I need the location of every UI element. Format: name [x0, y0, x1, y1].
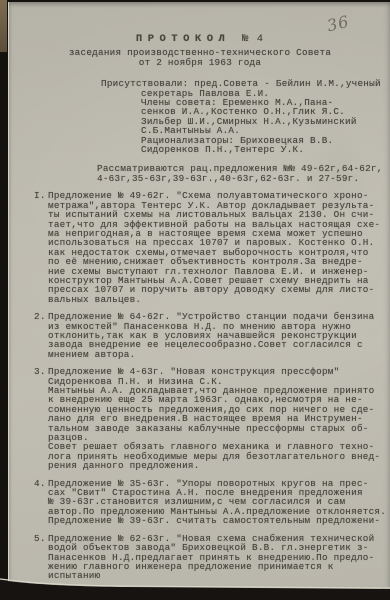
item-number: 2. — [34, 312, 48, 359]
item-text: Предложение № 64-62г. "Устройство станци… — [48, 312, 374, 359]
document-number: № 4 — [242, 33, 264, 45]
item-text: Предложение № 49-62г. "Схема полуавтомат… — [48, 191, 380, 304]
binding-edge — [0, 0, 7, 52]
items-list: I. Предложение № 49-62г. "Схема полуавто… — [9, 191, 390, 580]
item-number: I. — [34, 191, 48, 304]
document-subtitle-line2: от 2 ноября 1963 года — [9, 58, 390, 67]
item-number: 4. — [34, 479, 48, 526]
document-title-row: ПРОТОКОЛ № 4 — [9, 34, 390, 44]
reviewed-proposals-block: Рассматриваются рац.предложения №№ 49-62… — [97, 164, 390, 183]
item-text: Предложение № 4-63г. "Новая конструкция … — [48, 367, 380, 470]
document-page: 36 ПРОТОКОЛ № 4 заседания производственн… — [8, 2, 390, 590]
document-title: ПРОТОКОЛ — [136, 33, 230, 45]
item-text: Предложение № 35-63г. "Упоры поворотных … — [48, 479, 386, 526]
scan-backdrop: 36 ПРОТОКОЛ № 4 заседания производственн… — [0, 0, 390, 600]
protocol-item: 2. Предложение № 64-62г. "Устройство ста… — [34, 312, 390, 359]
attendees-block: Присутствовали: пред.Совета - Бейлин И.М… — [101, 79, 390, 154]
protocol-item: I. Предложение № 49-62г. "Схема полуавто… — [34, 191, 390, 304]
protocol-item: 4. Предложение № 35-63г. "Упоры поворотн… — [34, 479, 390, 526]
document-body: ПРОТОКОЛ № 4 заседания производственно-т… — [9, 2, 390, 581]
item-number: 3. — [34, 367, 48, 470]
scan-bottom-edge — [0, 570, 390, 600]
protocol-item: 3. Предложение № 4-63г. "Новая конструкц… — [34, 367, 390, 470]
